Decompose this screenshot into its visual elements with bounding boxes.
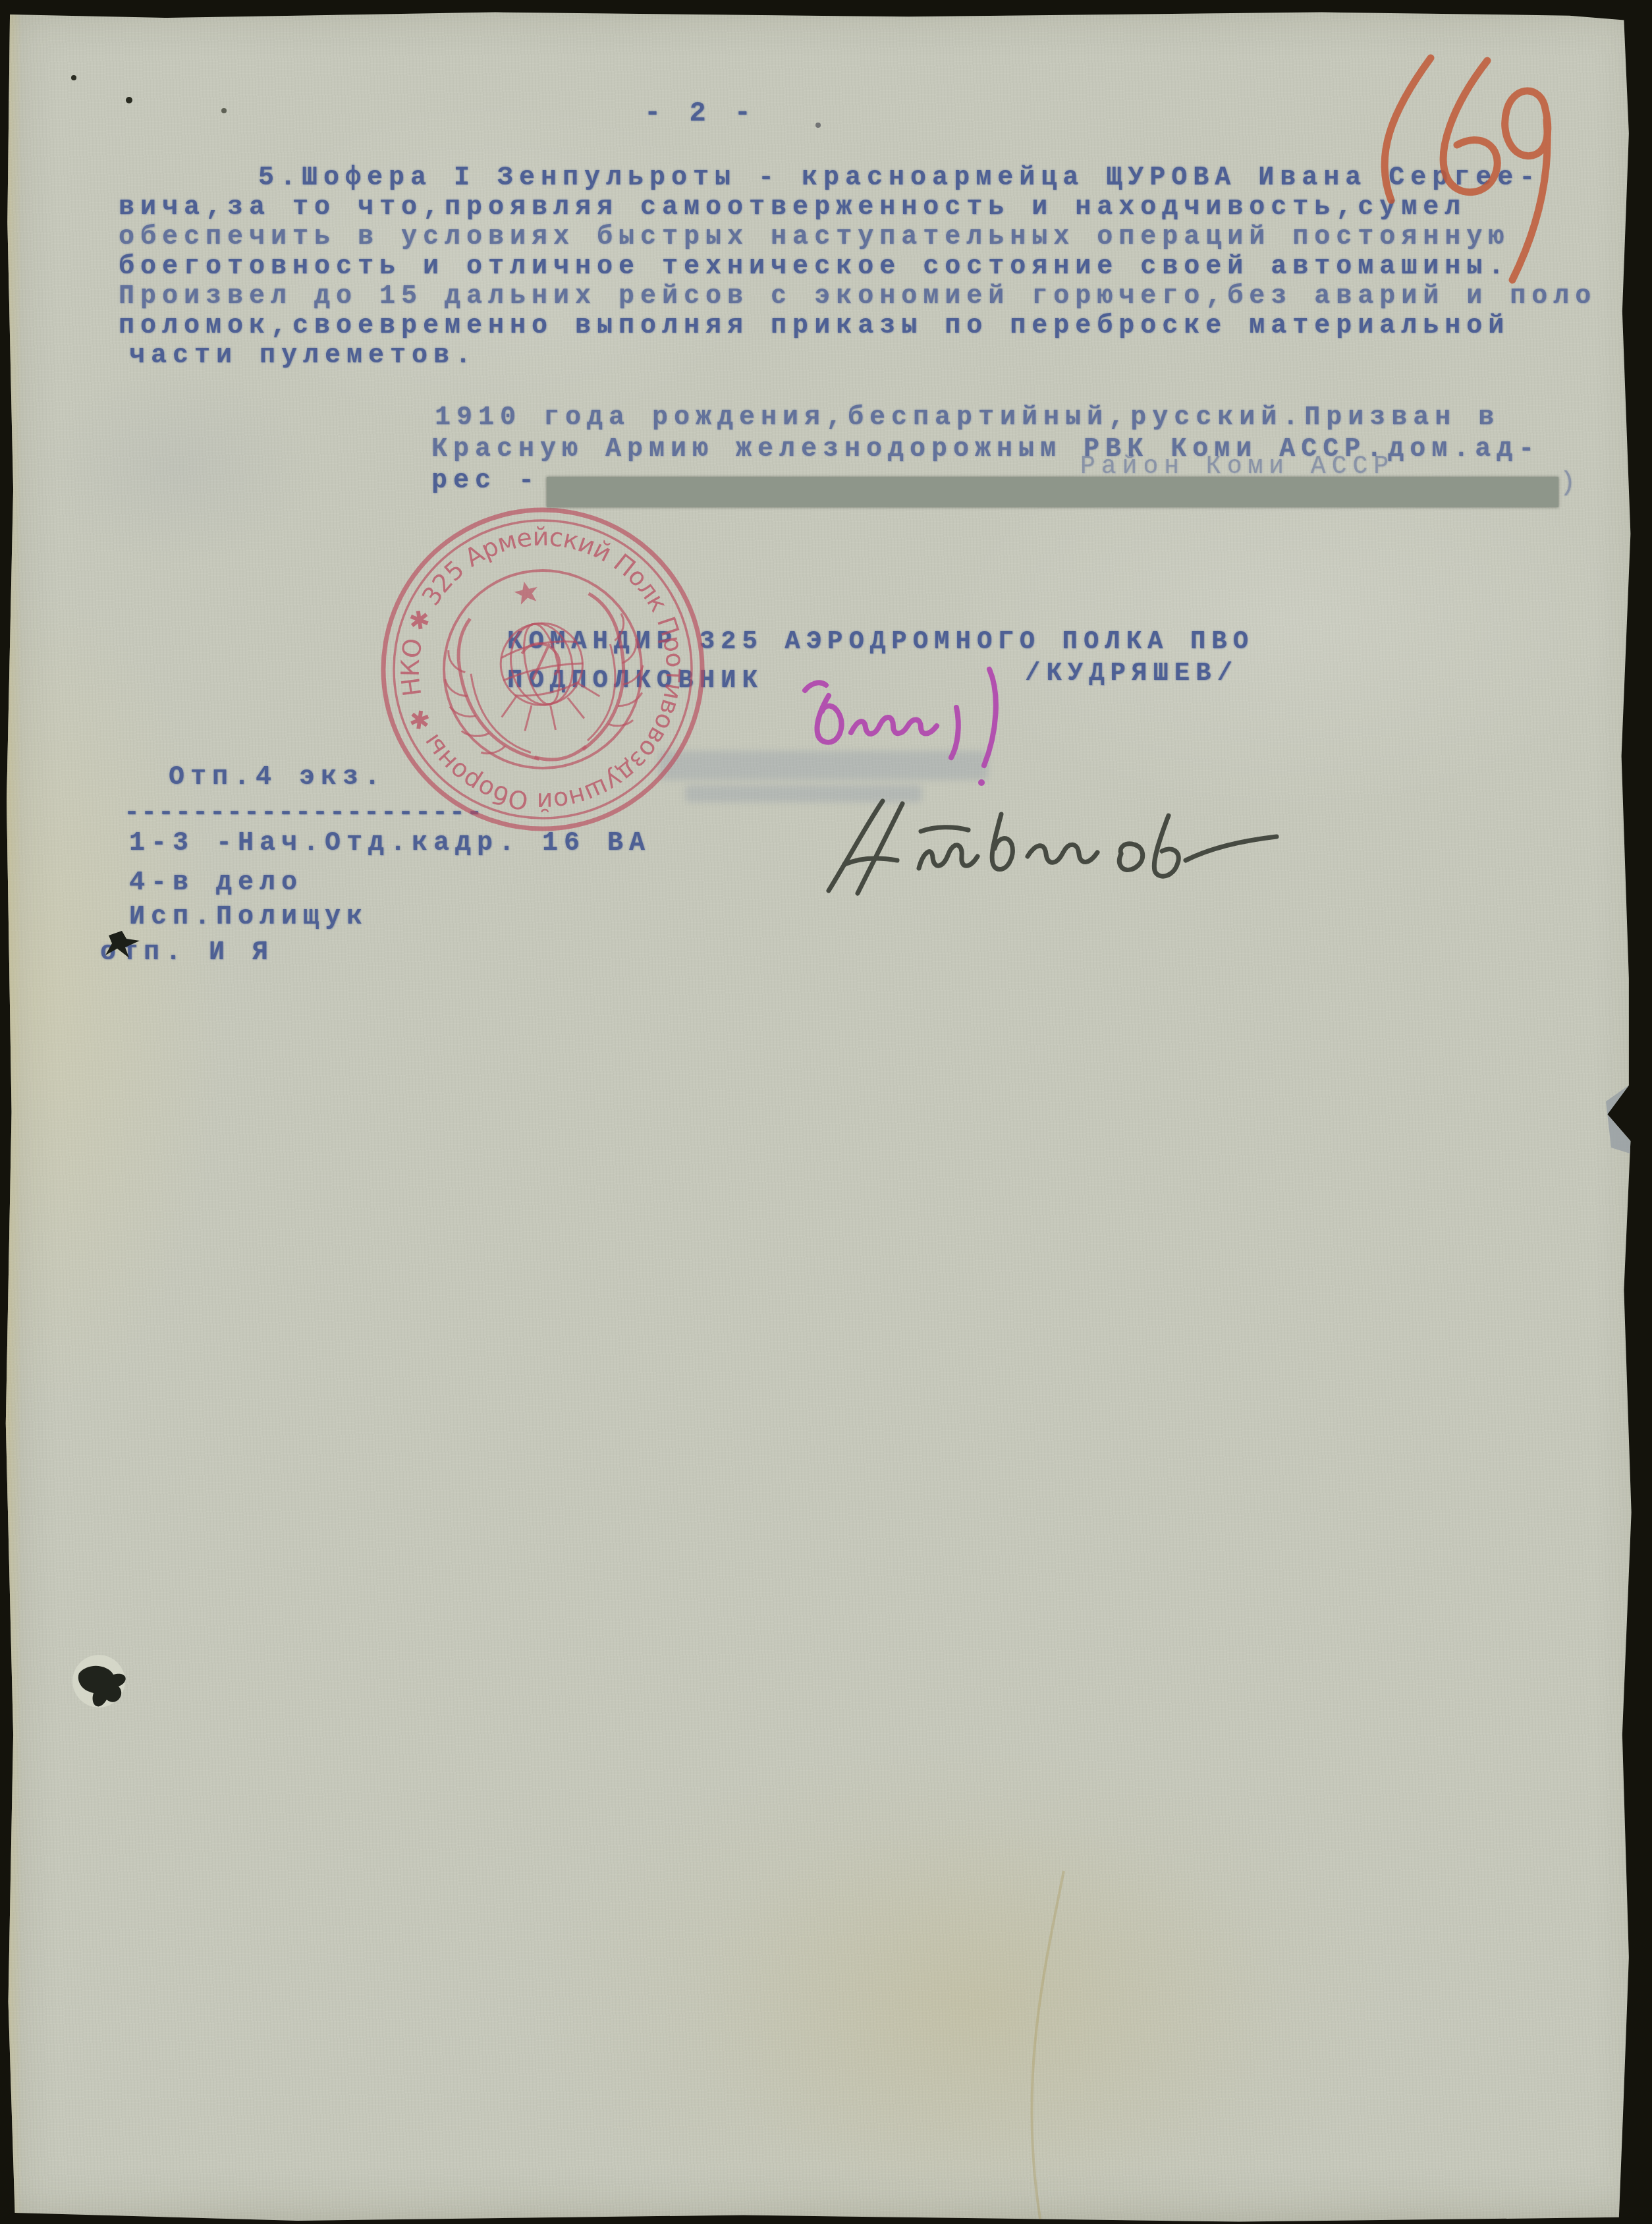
bleedthrough-smudge: [659, 751, 988, 780]
crease-line: [1032, 1871, 1064, 2223]
edge-tear-patch: [1606, 1086, 1632, 1154]
copies-line: Отп.4 экз.: [169, 763, 386, 792]
paper-stain: [40, 369, 316, 567]
paper-stain: [692, 1818, 1284, 2200]
typed-line: поломок,своевременно выполняя приказы по…: [119, 312, 1510, 341]
distribution-item: 1-3 -Нач.Отд.кадр. 16 ВА: [129, 829, 651, 858]
bleedthrough-smudge: [685, 785, 922, 802]
typed-line: Произвел до 15 дальних рейсов с экономие…: [119, 282, 1597, 312]
redaction-bar: [547, 477, 1558, 507]
scan-background: - 2 - 5.Шофера I Зенпульроты - красноарм…: [0, 0, 1652, 2224]
signer-rank: ПОДПОЛКОВНИК: [507, 666, 763, 696]
dark-signature: [829, 801, 1277, 893]
typed-line: 5.Шофера I Зенпульроты - красноармейца Щ…: [258, 163, 1541, 193]
distribution-item: отп. И Я: [100, 938, 274, 968]
typed-line: рес -: [431, 466, 540, 496]
typed-line: боеготовность и отличное техническое сос…: [119, 252, 1510, 282]
page-number: - 2 -: [644, 99, 757, 128]
typed-line: вича,за то что,проявляя самоотверженност…: [119, 193, 1466, 223]
typed-line: 1910 года рождения,беспартийный,русский.…: [435, 403, 1500, 433]
distribution-item: Исп.Полищук: [129, 903, 368, 932]
signer-title-line: КОМАНДИР 325 АЭРОДРОМНОГО ПОЛКА ПВО: [507, 627, 1254, 657]
document-page: - 2 - 5.Шофера I Зенпульроты - красноарм…: [0, 0, 1652, 2224]
typed-line: обеспечить в условиях быстрых наступател…: [119, 223, 1510, 252]
typed-line: части пулеметов.: [129, 341, 477, 371]
typed-line: ): [1560, 469, 1582, 499]
distribution-item: 4-в дело: [129, 868, 303, 898]
signer-name: /КУДРЯШЕВ/: [1025, 659, 1238, 688]
divider-dashes: ---------------------: [124, 798, 483, 828]
